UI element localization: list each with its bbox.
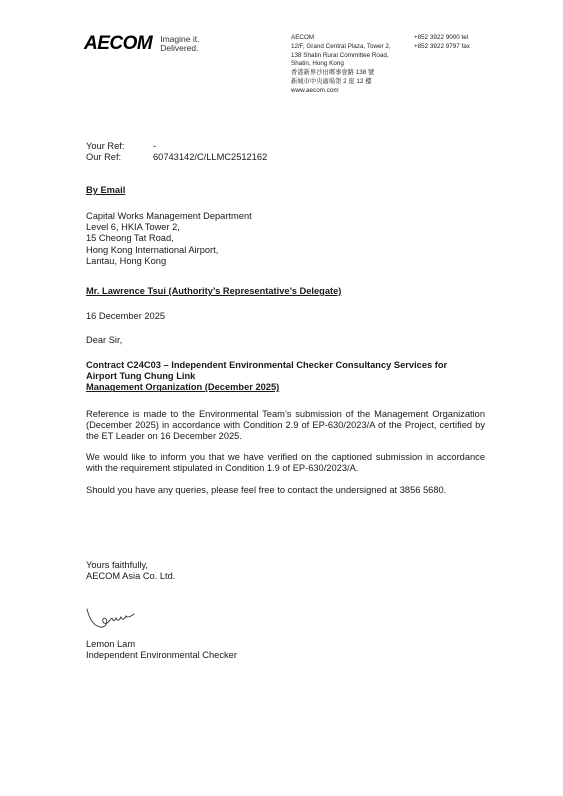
closing: Yours faithfully, AECOM Asia Co. Ltd.: [86, 560, 175, 582]
ref-label: Our Ref:: [86, 152, 153, 163]
delivery-method: By Email: [86, 185, 125, 196]
recipient-address: Capital Works Management Department Leve…: [86, 211, 252, 267]
company-contact: +852 3922 9000 tel +852 3922 9797 fax: [414, 34, 470, 52]
recipient-line: Level 6, HKIA Tower 2,: [86, 222, 252, 233]
attention-line: Mr. Lawrence Tsui (Authority’s Represent…: [86, 286, 341, 297]
your-ref-row: Your Ref: -: [86, 141, 267, 152]
aecom-logo: AECOM Imagine it. Delivered.: [84, 33, 199, 55]
address-line: 138 Shatin Rural Committee Road,: [291, 52, 391, 61]
tagline-line: Delivered.: [160, 44, 199, 53]
address-line: 12/F, Grand Central Plaza, Tower 2,: [291, 43, 391, 52]
closing-line: Yours faithfully,: [86, 560, 175, 571]
signatory-name: Lemon Lam: [86, 639, 237, 650]
recipient-line: Lantau, Hong Kong: [86, 256, 252, 267]
recipient-line: Capital Works Management Department: [86, 211, 252, 222]
ref-label: Your Ref:: [86, 141, 153, 152]
fax-number: +852 3922 9797 fax: [414, 43, 470, 52]
address-line: 新城市中央廣場第 2 座 12 樓: [291, 78, 391, 87]
our-ref-row: Our Ref: 60743142/C/LLMC2512162: [86, 152, 267, 163]
logo-tagline: Imagine it. Delivered.: [160, 35, 199, 53]
recipient-line: Hong Kong International Airport,: [86, 245, 252, 256]
website-link[interactable]: www.aecom.com: [291, 87, 391, 96]
ref-value: 60743142/C/LLMC2512162: [153, 152, 267, 163]
signatory: Lemon Lam Independent Environmental Chec…: [86, 639, 237, 661]
logo-wordmark: AECOM: [84, 33, 152, 55]
subject: Contract C24C03 – Independent Environmen…: [86, 360, 486, 394]
phone-number: +852 3922 9000 tel: [414, 34, 470, 43]
subject-line: Management Organization (December 2025): [86, 382, 486, 393]
body-paragraph: We would like to inform you that we have…: [86, 452, 485, 474]
address-line: AECOM: [291, 34, 391, 43]
address-line: 香港新界沙田鄉事會路 138 號: [291, 69, 391, 78]
company-name: AECOM Asia Co. Ltd.: [86, 571, 175, 582]
references: Your Ref: - Our Ref: 60743142/C/LLMC2512…: [86, 141, 267, 163]
company-address: AECOM 12/F, Grand Central Plaza, Tower 2…: [291, 34, 391, 96]
recipient-line: 15 Cheong Tat Road,: [86, 233, 252, 244]
address-line: Shatin, Hong Kong: [291, 60, 391, 69]
subject-line: Contract C24C03 – Independent Environmen…: [86, 360, 486, 371]
subject-line: Airport Tung Chung Link: [86, 371, 486, 382]
body-paragraph: Reference is made to the Environmental T…: [86, 409, 485, 443]
ref-value: -: [153, 141, 156, 152]
signature-icon: [84, 603, 144, 633]
salutation: Dear Sir,: [86, 335, 122, 346]
body-paragraph: Should you have any queries, please feel…: [86, 485, 485, 496]
signatory-title: Independent Environmental Checker: [86, 650, 237, 661]
letter-date: 16 December 2025: [86, 311, 165, 322]
